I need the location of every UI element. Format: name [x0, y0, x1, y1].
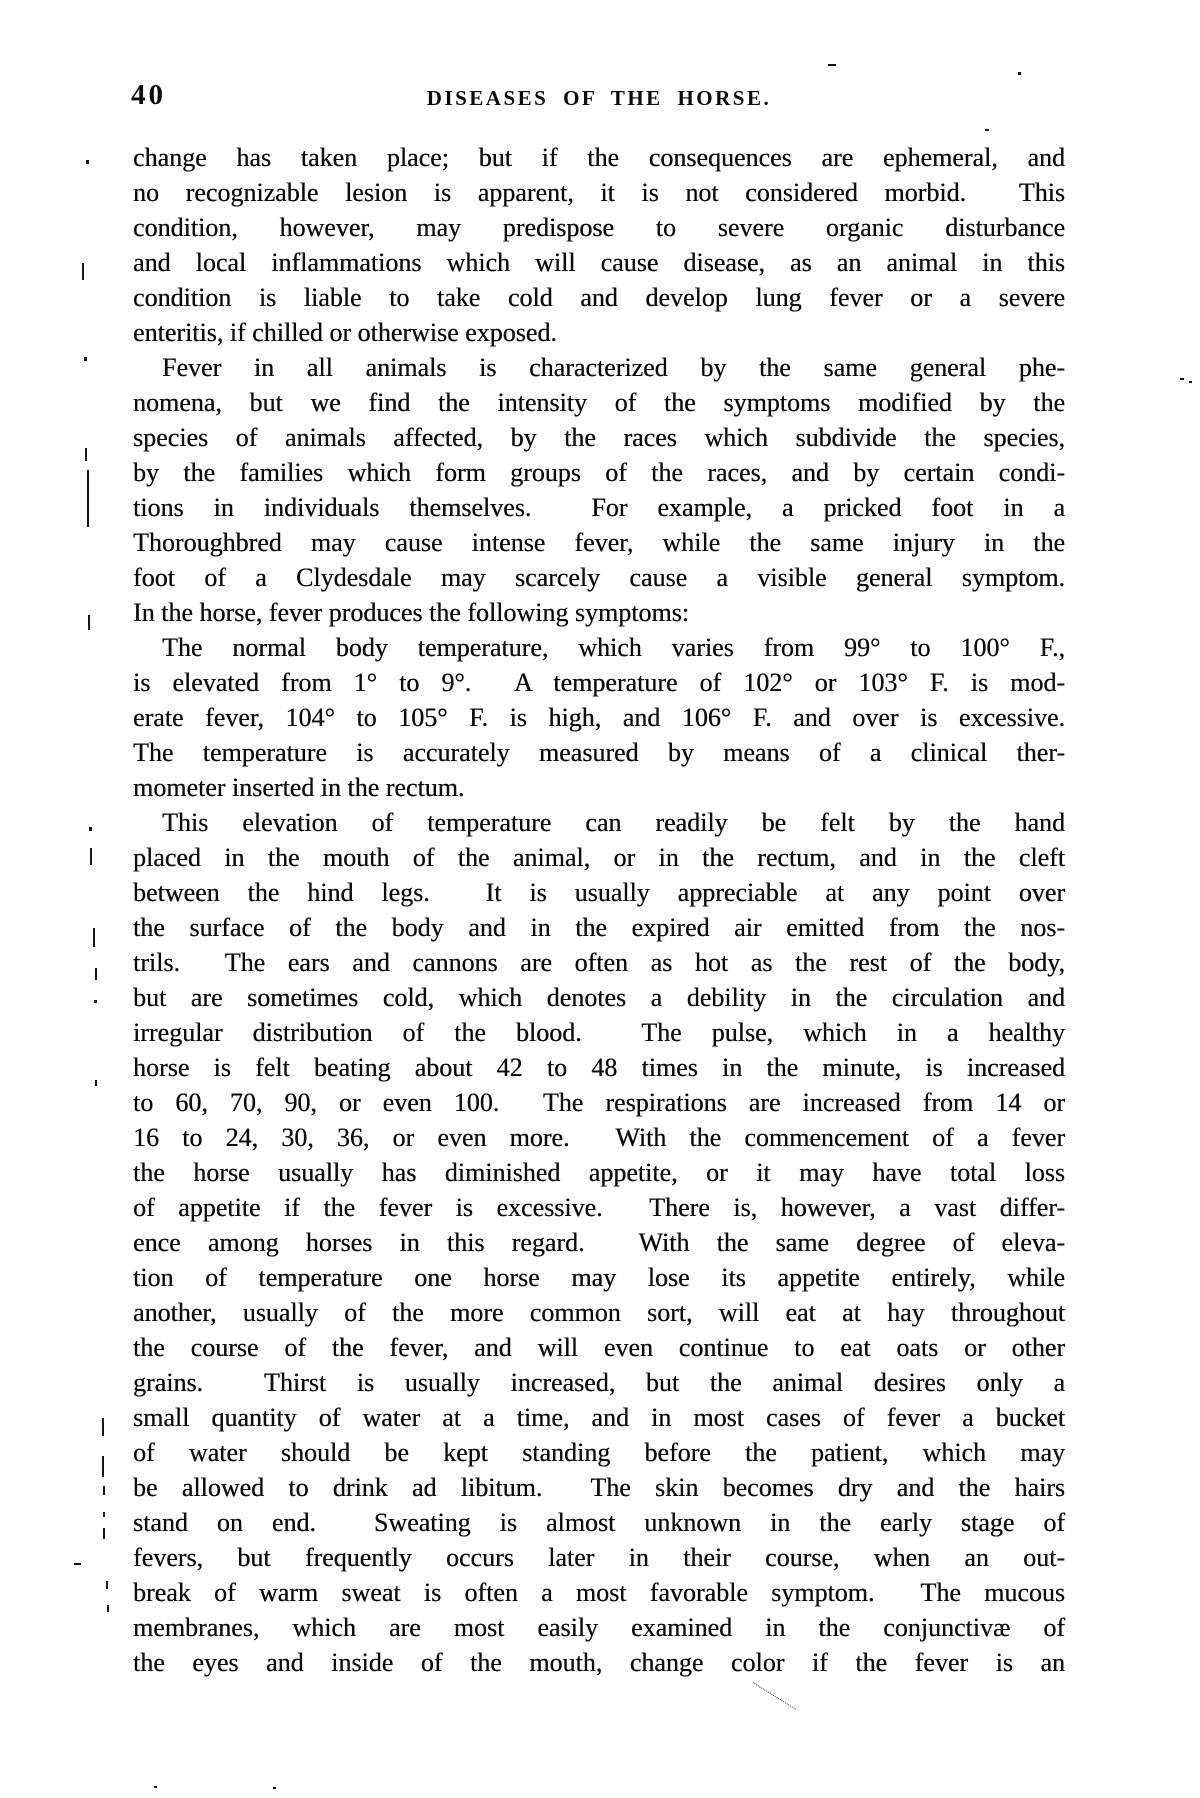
text-line: Thoroughbred may cause intense fever, wh…: [133, 525, 1065, 560]
scan-artifact: [102, 1456, 104, 1477]
scan-artifact: [84, 357, 87, 361]
scan-artifact: [1018, 72, 1021, 75]
text-line: between the hind legs. It is usually app…: [133, 875, 1065, 910]
paragraph: The normal body temperature, which varie…: [133, 630, 1065, 805]
scan-artifact: [828, 64, 836, 66]
text-line: erate fever, 104° to 105° F. is high, an…: [133, 700, 1065, 735]
text-line: is elevated from 1° to 9°. A temperature…: [133, 665, 1065, 700]
scan-artifact: [107, 1605, 109, 1612]
text-line: the eyes and inside of the mouth, change…: [133, 1645, 1065, 1680]
text-line: be allowed to drink ad libitum. The skin…: [133, 1470, 1065, 1505]
text-line: but are sometimes cold, which denotes a …: [133, 980, 1065, 1015]
scan-artifact: [86, 160, 89, 164]
running-header: DISEASES OF THE HORSE.: [133, 84, 1065, 112]
text-line: by the families which form groups of the…: [133, 455, 1065, 490]
text-column: change has taken place; but if the conse…: [133, 140, 1065, 1680]
scan-artifact: [103, 1512, 105, 1517]
text-line: fevers, but frequently occurs later in t…: [133, 1540, 1065, 1575]
scan-artifact: [89, 827, 92, 831]
text-line: ence among horses in this regard. With t…: [133, 1225, 1065, 1260]
text-line: small quantity of water at a time, and i…: [133, 1400, 1065, 1435]
scan-artifact: [103, 1486, 105, 1495]
scan-artifact: [82, 263, 84, 280]
paragraph: change has taken place; but if the conse…: [133, 140, 1065, 350]
scan-artifact: [88, 615, 90, 630]
scan-artifact: [95, 968, 97, 980]
text-line: species of animals affected, by the race…: [133, 420, 1065, 455]
scan-artifact: [103, 1528, 105, 1539]
text-line: change has taken place; but if the conse…: [133, 140, 1065, 175]
text-line: the horse usually has diminished appetit…: [133, 1155, 1065, 1190]
text-line: trils. The ears and cannons are often as…: [133, 945, 1065, 980]
text-line: condition, however, may predispose to se…: [133, 210, 1065, 245]
text-line: tions in individuals themselves. For exa…: [133, 490, 1065, 525]
scan-artifact: [1189, 381, 1192, 383]
text-line: In the horse, fever produces the followi…: [133, 595, 1065, 630]
text-line: placed in the mouth of the animal, or in…: [133, 840, 1065, 875]
scanned-book-page: 40 DISEASES OF THE HORSE. change has tak…: [0, 0, 1200, 1798]
text-line: stand on end. Sweating is almost unknown…: [133, 1505, 1065, 1540]
scratch-mark: [752, 1682, 796, 1710]
text-line: membranes, which are most easily examine…: [133, 1610, 1065, 1645]
scan-artifact: [273, 1787, 276, 1789]
text-line: foot of a Clydesdale may scarcely cause …: [133, 560, 1065, 595]
text-line: nomena, but we find the intensity of the…: [133, 385, 1065, 420]
text-line: The temperature is accurately measured b…: [133, 735, 1065, 770]
text-line: enteritis, if chilled or otherwise expos…: [133, 315, 1065, 350]
text-line: This elevation of temperature can readil…: [133, 805, 1065, 840]
paragraph: Fever in all animals is characterized by…: [133, 350, 1065, 630]
text-line: to 60, 70, 90, or even 100. The respirat…: [133, 1085, 1065, 1120]
text-line: Fever in all animals is characterized by…: [133, 350, 1065, 385]
scan-artifact: [102, 1418, 104, 1436]
text-line: of appetite if the fever is excessive. T…: [133, 1190, 1065, 1225]
scan-artifact: [154, 1786, 157, 1788]
text-line: no recognizable lesion is apparent, it i…: [133, 175, 1065, 210]
text-line: condition is liable to take cold and dev…: [133, 280, 1065, 315]
text-line: mometer inserted in the rectum.: [133, 770, 1065, 805]
text-line: tion of temperature one horse may lose i…: [133, 1260, 1065, 1295]
text-line: of water should be kept standing before …: [133, 1435, 1065, 1470]
scan-artifact: [93, 928, 95, 947]
text-line: grains. Thirst is usually increased, but…: [133, 1365, 1065, 1400]
text-line: another, usually of the more common sort…: [133, 1295, 1065, 1330]
text-line: horse is felt beating about 42 to 48 tim…: [133, 1050, 1065, 1085]
scan-artifact: [95, 1080, 97, 1086]
paragraph: This elevation of temperature can readil…: [133, 805, 1065, 1680]
text-line: 16 to 24, 30, 36, or even more. With the…: [133, 1120, 1065, 1155]
scan-artifact: [94, 1000, 97, 1003]
text-line: break of warm sweat is often a most favo…: [133, 1575, 1065, 1610]
scan-artifact: [106, 1581, 108, 1589]
text-line: the surface of the body and in the expir…: [133, 910, 1065, 945]
text-line: and local inflammations which will cause…: [133, 245, 1065, 280]
scan-artifact: [74, 1563, 81, 1565]
text-line: the course of the fever, and will even c…: [133, 1330, 1065, 1365]
text-line: The normal body temperature, which varie…: [133, 630, 1065, 665]
scan-artifact: [85, 448, 87, 461]
scan-artifact: [985, 129, 989, 131]
scan-artifact: [90, 848, 92, 865]
text-line: irregular distribution of the blood. The…: [133, 1015, 1065, 1050]
scan-artifact: [1180, 378, 1184, 380]
scan-artifact: [87, 470, 89, 527]
